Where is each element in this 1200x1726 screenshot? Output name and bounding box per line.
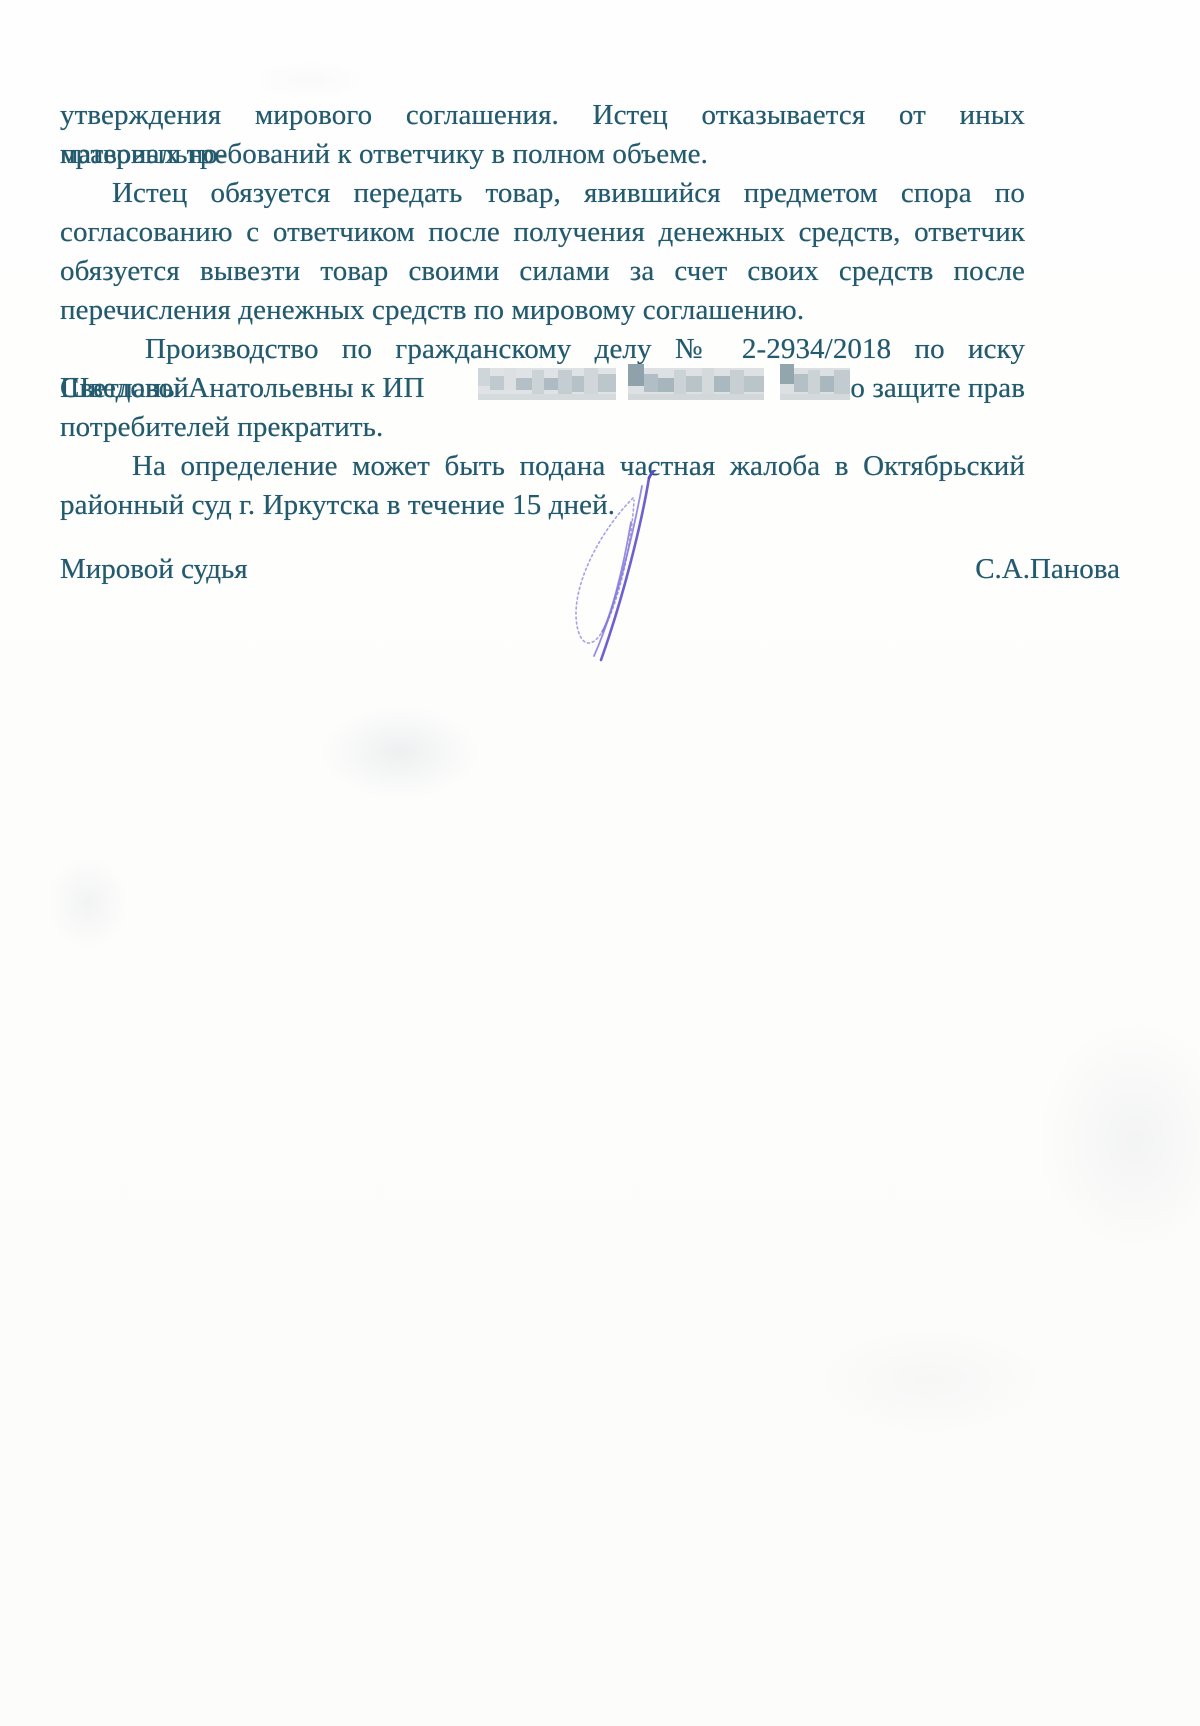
text-line: Истец обязуется передать товар, явившийс… — [60, 174, 1025, 213]
text-line-with-redaction: Светланы Анатольевны к ИП — [60, 369, 1025, 408]
redaction-mosaic — [478, 364, 850, 415]
scan-smudge — [250, 60, 370, 100]
text-line: согласованию с ответчиком после получени… — [60, 213, 1025, 252]
scan-smudge — [320, 705, 480, 800]
text-line: На определение может быть подана частная… — [60, 447, 1025, 486]
scan-smudge — [48, 855, 128, 950]
document-body-text: утверждения мирового соглашения. Истец о… — [60, 96, 1025, 525]
scan-smudge — [800, 1320, 1060, 1440]
text-line: районный суд г. Иркутска в течение 15 дн… — [60, 486, 1025, 525]
judge-role-label: Мировой судья — [60, 552, 248, 586]
scanned-document-page: утверждения мирового соглашения. Истец о… — [0, 0, 1200, 1726]
text-line: правовых требований к ответчику в полном… — [60, 135, 1025, 174]
text-after-redaction: о защите прав — [850, 369, 1025, 408]
scan-smudge — [1040, 1020, 1200, 1260]
text-line: обязуется вывезти товар своими силами за… — [60, 252, 1025, 291]
text-line: перечисления денежных средств по мировом… — [60, 291, 1025, 330]
judge-name: С.А.Панова — [975, 552, 1120, 586]
signature-row: Мировой судья С.А.Панова — [60, 552, 1120, 586]
text-before-redaction: Светланы Анатольевны к ИП — [60, 369, 478, 408]
text-line: утверждения мирового соглашения. Истец о… — [60, 96, 1025, 135]
